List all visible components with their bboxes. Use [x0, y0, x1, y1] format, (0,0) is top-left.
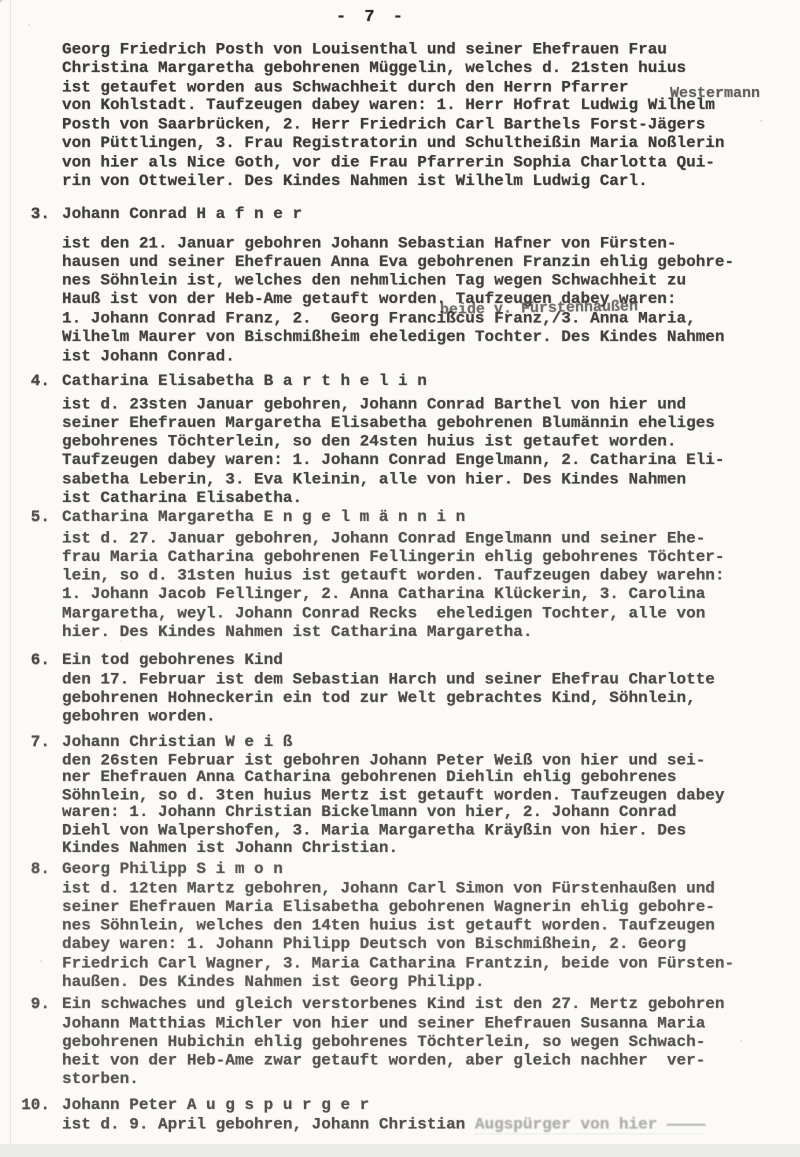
text-line: ist den 21. Januar gebohren Johann Sebas…	[62, 234, 778, 253]
entry-3: 3. Johann Conrad H a f n e r ist den 21.…	[62, 205, 778, 365]
entry-9: 9. Ein schwaches und gleich verstorbenes…	[62, 995, 778, 1089]
text-line: Friedrich Carl Wagner, 3. Maria Catharin…	[62, 954, 778, 973]
text-line: seiner Ehefrauen Margaretha Elisabetha g…	[62, 414, 778, 433]
text-line: ist d. 12ten Martz gebohren, Johann Carl…	[62, 879, 778, 898]
entry-heading: Johann Christian W e i ß	[62, 734, 778, 752]
text-line: ist d. 23sten Januar gebohren, Johann Co…	[62, 395, 778, 414]
text-line: den 17. Februar ist dem Sebastian Harch …	[62, 670, 778, 689]
text-line: nes Söhnlein ist, welches den nehmlichen…	[62, 272, 778, 291]
entry-heading: Johann Conrad H a f n e r	[62, 205, 778, 224]
text-line: gebohren worden.	[62, 708, 778, 727]
text-line: 1. Johann Conrad Franz, 2. Georg Franciß…	[62, 309, 778, 328]
text-line: gebohrenen Hohneckerin ein tod zur Welt …	[62, 689, 778, 708]
text-line: von hier als Nice Goth, vor die Frau Pfa…	[62, 153, 778, 172]
scan-edge-line	[10, 0, 11, 1157]
entry-8: 8. Georg Philipp S i m o n ist d. 12ten …	[62, 860, 778, 992]
entry-number: 10.	[16, 1096, 50, 1115]
entry-heading: Catharina Margaretha E n g e l m ä n n i…	[62, 508, 778, 527]
text-line: seiner Ehefrauen Maria Elisabetha gebohr…	[62, 898, 778, 917]
entry-paragraph: Johann Matthias Michler von hier und sei…	[62, 1014, 778, 1089]
entry-paragraph: ist d. 9. April gebohren, Johann Christi…	[62, 1115, 778, 1134]
entry-number: 8.	[16, 860, 50, 879]
text-line: Hauß ist von der Heb-Ame getauft worden.…	[62, 290, 778, 309]
text-line: lein, so d. 31sten huius ist getauft wor…	[62, 567, 778, 586]
text-line: hier. Des Kindes Nahmen ist Catharina Ma…	[62, 623, 778, 642]
page-number: - 7 -	[336, 8, 407, 27]
entry-number: 7.	[16, 734, 50, 752]
text-line: Taufzeugen dabey waren: 1. Johann Conrad…	[62, 451, 778, 470]
text-line: Johann Matthias Michler von hier und sei…	[62, 1014, 778, 1033]
text-line: gebohrenes Töchterlein, so den 24sten hu…	[62, 433, 778, 452]
text-line: waren: 1. Johann Christian Bickelmann vo…	[62, 804, 778, 822]
text-line: heit von der Heb-Ame zwar getauft worden…	[62, 1052, 778, 1071]
entry-7: 7. Johann Christian W e i ß den 26sten F…	[62, 734, 778, 857]
entry-number: 5.	[16, 508, 50, 527]
entry-number: 3.	[16, 205, 50, 224]
entry-6: 6. Ein tod gebohrenes Kind den 17. Febru…	[62, 651, 778, 726]
entry-paragraph: ist d. 23sten Januar gebohren, Johann Co…	[62, 395, 778, 508]
entry-heading: Johann Peter A u g s p u r g e r	[62, 1096, 778, 1115]
text-line: den 26sten Februar ist gebohren Johann P…	[62, 752, 778, 770]
entry-4: 4. Catharina Elisabetha B a r t h e l i …	[62, 372, 778, 508]
text-line: ist Johann Conrad.	[62, 347, 778, 366]
intro-paragraph: Georg Friedrich Posth von Louisenthal un…	[62, 40, 778, 190]
text-line: hausen und seiner Ehefrauen Anna Eva geb…	[62, 253, 778, 272]
text-line: Georg Friedrich Posth von Louisenthal un…	[62, 40, 778, 59]
text-line: Söhnlein, so d. 3ten huius Mertz ist get…	[62, 787, 778, 805]
text-line: gebohrenen Hubichin ehlig gebohrenes Töc…	[62, 1033, 778, 1052]
entry-heading: Catharina Elisabetha B a r t h e l i n	[62, 372, 778, 391]
text-line: ist d. 27. Januar gebohren, Johann Conra…	[62, 529, 778, 548]
entry-paragraph: den 26sten Februar ist gebohren Johann P…	[62, 752, 778, 858]
entry-paragraph: den 17. Februar ist dem Sebastian Harch …	[62, 670, 778, 726]
faded-text: Augspürger von hier ————	[475, 1115, 705, 1134]
inserted-word: Westermann	[670, 85, 760, 104]
text-line: rin von Ottweiler. Des Kindes Nahmen ist…	[62, 172, 778, 191]
text-line: Kindes Nahmen ist Johann Christian.	[62, 840, 778, 858]
scan-noise	[0, 0, 2, 2]
text-line: Christina Margaretha gebohrenen Müggelin…	[62, 59, 778, 78]
text-line: frau Maria Catharina gebohrenen Fellinge…	[62, 548, 778, 567]
entry-number: 6.	[16, 651, 50, 670]
text-line: Posth von Saarbrücken, 2. Herr Friedrich…	[62, 116, 778, 135]
entry-paragraph: ist den 21. Januar gebohren Johann Sebas…	[62, 234, 778, 366]
scanned-page: - 7 - Georg Friedrich Posth von Louisent…	[0, 0, 800, 1157]
interline-insertion: beide v. Fürstenhaußen	[440, 298, 638, 320]
entry-number: 4.	[16, 372, 50, 391]
text-line: haußen. Des Kindes Nahmen ist Georg Phil…	[62, 973, 778, 992]
entry-heading: Ein schwaches und gleich verstorbenes Ki…	[62, 995, 778, 1014]
entry-10: 10. Johann Peter A u g s p u r g e r ist…	[62, 1096, 778, 1134]
text-line: 1. Johann Jacob Fellinger, 2. Anna Catha…	[62, 585, 778, 604]
text-line: ist d. 9. April gebohren, Johann Christi…	[62, 1115, 778, 1134]
scan-edge-band	[0, 1144, 800, 1157]
text-line: Wilhelm Maurer von Bischmißheim eheledig…	[62, 328, 778, 347]
entry-heading: Ein tod gebohrenes Kind	[62, 651, 778, 670]
text-line: Margaretha, weyl. Johann Conrad Recks eh…	[62, 604, 778, 623]
entry-5: 5. Catharina Margaretha E n g e l m ä n …	[62, 508, 778, 642]
text-line: nes Söhnlein, welches den 14ten huius is…	[62, 917, 778, 936]
text-line: sabetha Leberin, 3. Eva Kleinin, alle vo…	[62, 470, 778, 489]
text-line: Diehl von Walpershofen, 3. Maria Margare…	[62, 822, 778, 840]
entry-paragraph: ist d. 27. Januar gebohren, Johann Conra…	[62, 529, 778, 642]
text-line: ist Catharina Elisabetha.	[62, 489, 778, 508]
entry-paragraph: ist d. 12ten Martz gebohren, Johann Carl…	[62, 879, 778, 992]
text-line: von Püttlingen, 3. Frau Registratorin un…	[62, 134, 778, 153]
text-line: storben.	[62, 1070, 778, 1089]
entry-number: 9.	[16, 995, 50, 1014]
text-line: dabey waren: 1. Johann Philipp Deutsch v…	[62, 935, 778, 954]
text-line: ner Ehefrauen Anna Catharina gebohrenen …	[62, 769, 778, 787]
text-line-start: ist d. 9. April gebohren, Johann Christi…	[62, 1115, 475, 1133]
entry-heading: Georg Philipp S i m o n	[62, 860, 778, 879]
